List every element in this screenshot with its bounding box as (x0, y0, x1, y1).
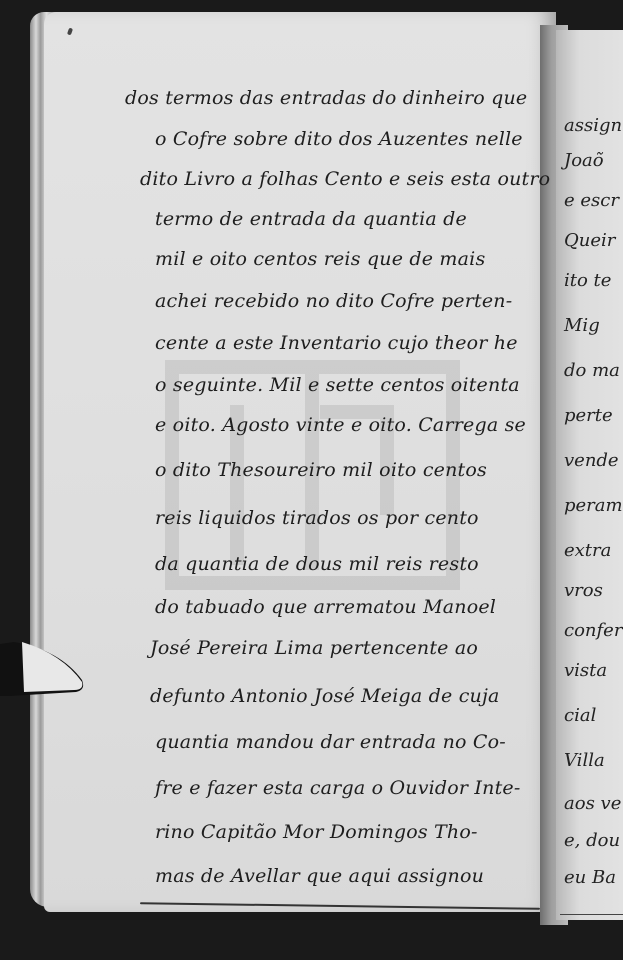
text-line: vista (564, 660, 607, 681)
text-line: cial (564, 705, 596, 726)
text-line: rino Capitão Mor Domingos Tho- (155, 821, 478, 843)
text-line: da quantia de dous mil reis resto (155, 553, 479, 575)
text-line: vende (564, 450, 619, 471)
text-line: termo de entrada da quantia de (155, 208, 467, 230)
text-line: quantia mandou dar entrada no Co- (155, 731, 506, 753)
text-line: e oito. Agosto vinte e oito. Carrega se (155, 414, 526, 436)
text-line: do ma (564, 360, 620, 381)
text-line: peram (564, 495, 623, 516)
text-line: vros (564, 580, 603, 601)
text-line: defunto Antonio José Meiga de cuja (150, 685, 500, 707)
text-line: o Cofre sobre dito dos Auzentes nelle (155, 128, 523, 150)
text-line: ito te (564, 270, 611, 291)
text-line: cente a este Inventario cujo theor he (155, 332, 518, 354)
text-line: perte (564, 405, 613, 426)
text-line: e escr (564, 190, 619, 211)
text-line: aos ve (564, 793, 621, 814)
text-line: mil e oito centos reis que de mais (155, 248, 485, 270)
text-line: Mig (564, 315, 600, 336)
text-line: achei recebido no dito Cofre perten- (155, 290, 512, 312)
text-line: extra (564, 540, 611, 561)
text-line: Queir (564, 230, 615, 251)
text-line: o seguinte. Mil e sette centos oitenta (155, 374, 520, 396)
text-line: Villa (564, 750, 605, 771)
text-line: dito Livro a folhas Cento e seis esta ou… (140, 168, 550, 190)
bookmark-tab (0, 640, 85, 698)
text-line: o dito Thesoureiro mil oito centos (155, 459, 487, 481)
text-line: assign (564, 115, 622, 136)
text-line: confer (564, 620, 622, 641)
right-page-rule (560, 914, 623, 915)
text-line: mas de Avellar que aqui assignou (155, 865, 484, 887)
text-line: eu Ba (564, 867, 616, 888)
text-line: dos termos das entradas do dinheiro que (125, 87, 527, 109)
right-page-text: assign Joaõ e escr Queir ito te Mig do m… (560, 115, 623, 905)
text-line: Joaõ (564, 150, 604, 171)
text-line: José Pereira Lima pertencente ao (150, 637, 478, 659)
text-line: e, dou (564, 830, 620, 851)
text-line: do tabuado que arrematou Manoel (155, 596, 496, 618)
text-line: reis liquidos tirados os por cento (155, 507, 479, 529)
text-line: fre e fazer esta carga o Ouvidor Inte- (155, 777, 520, 799)
